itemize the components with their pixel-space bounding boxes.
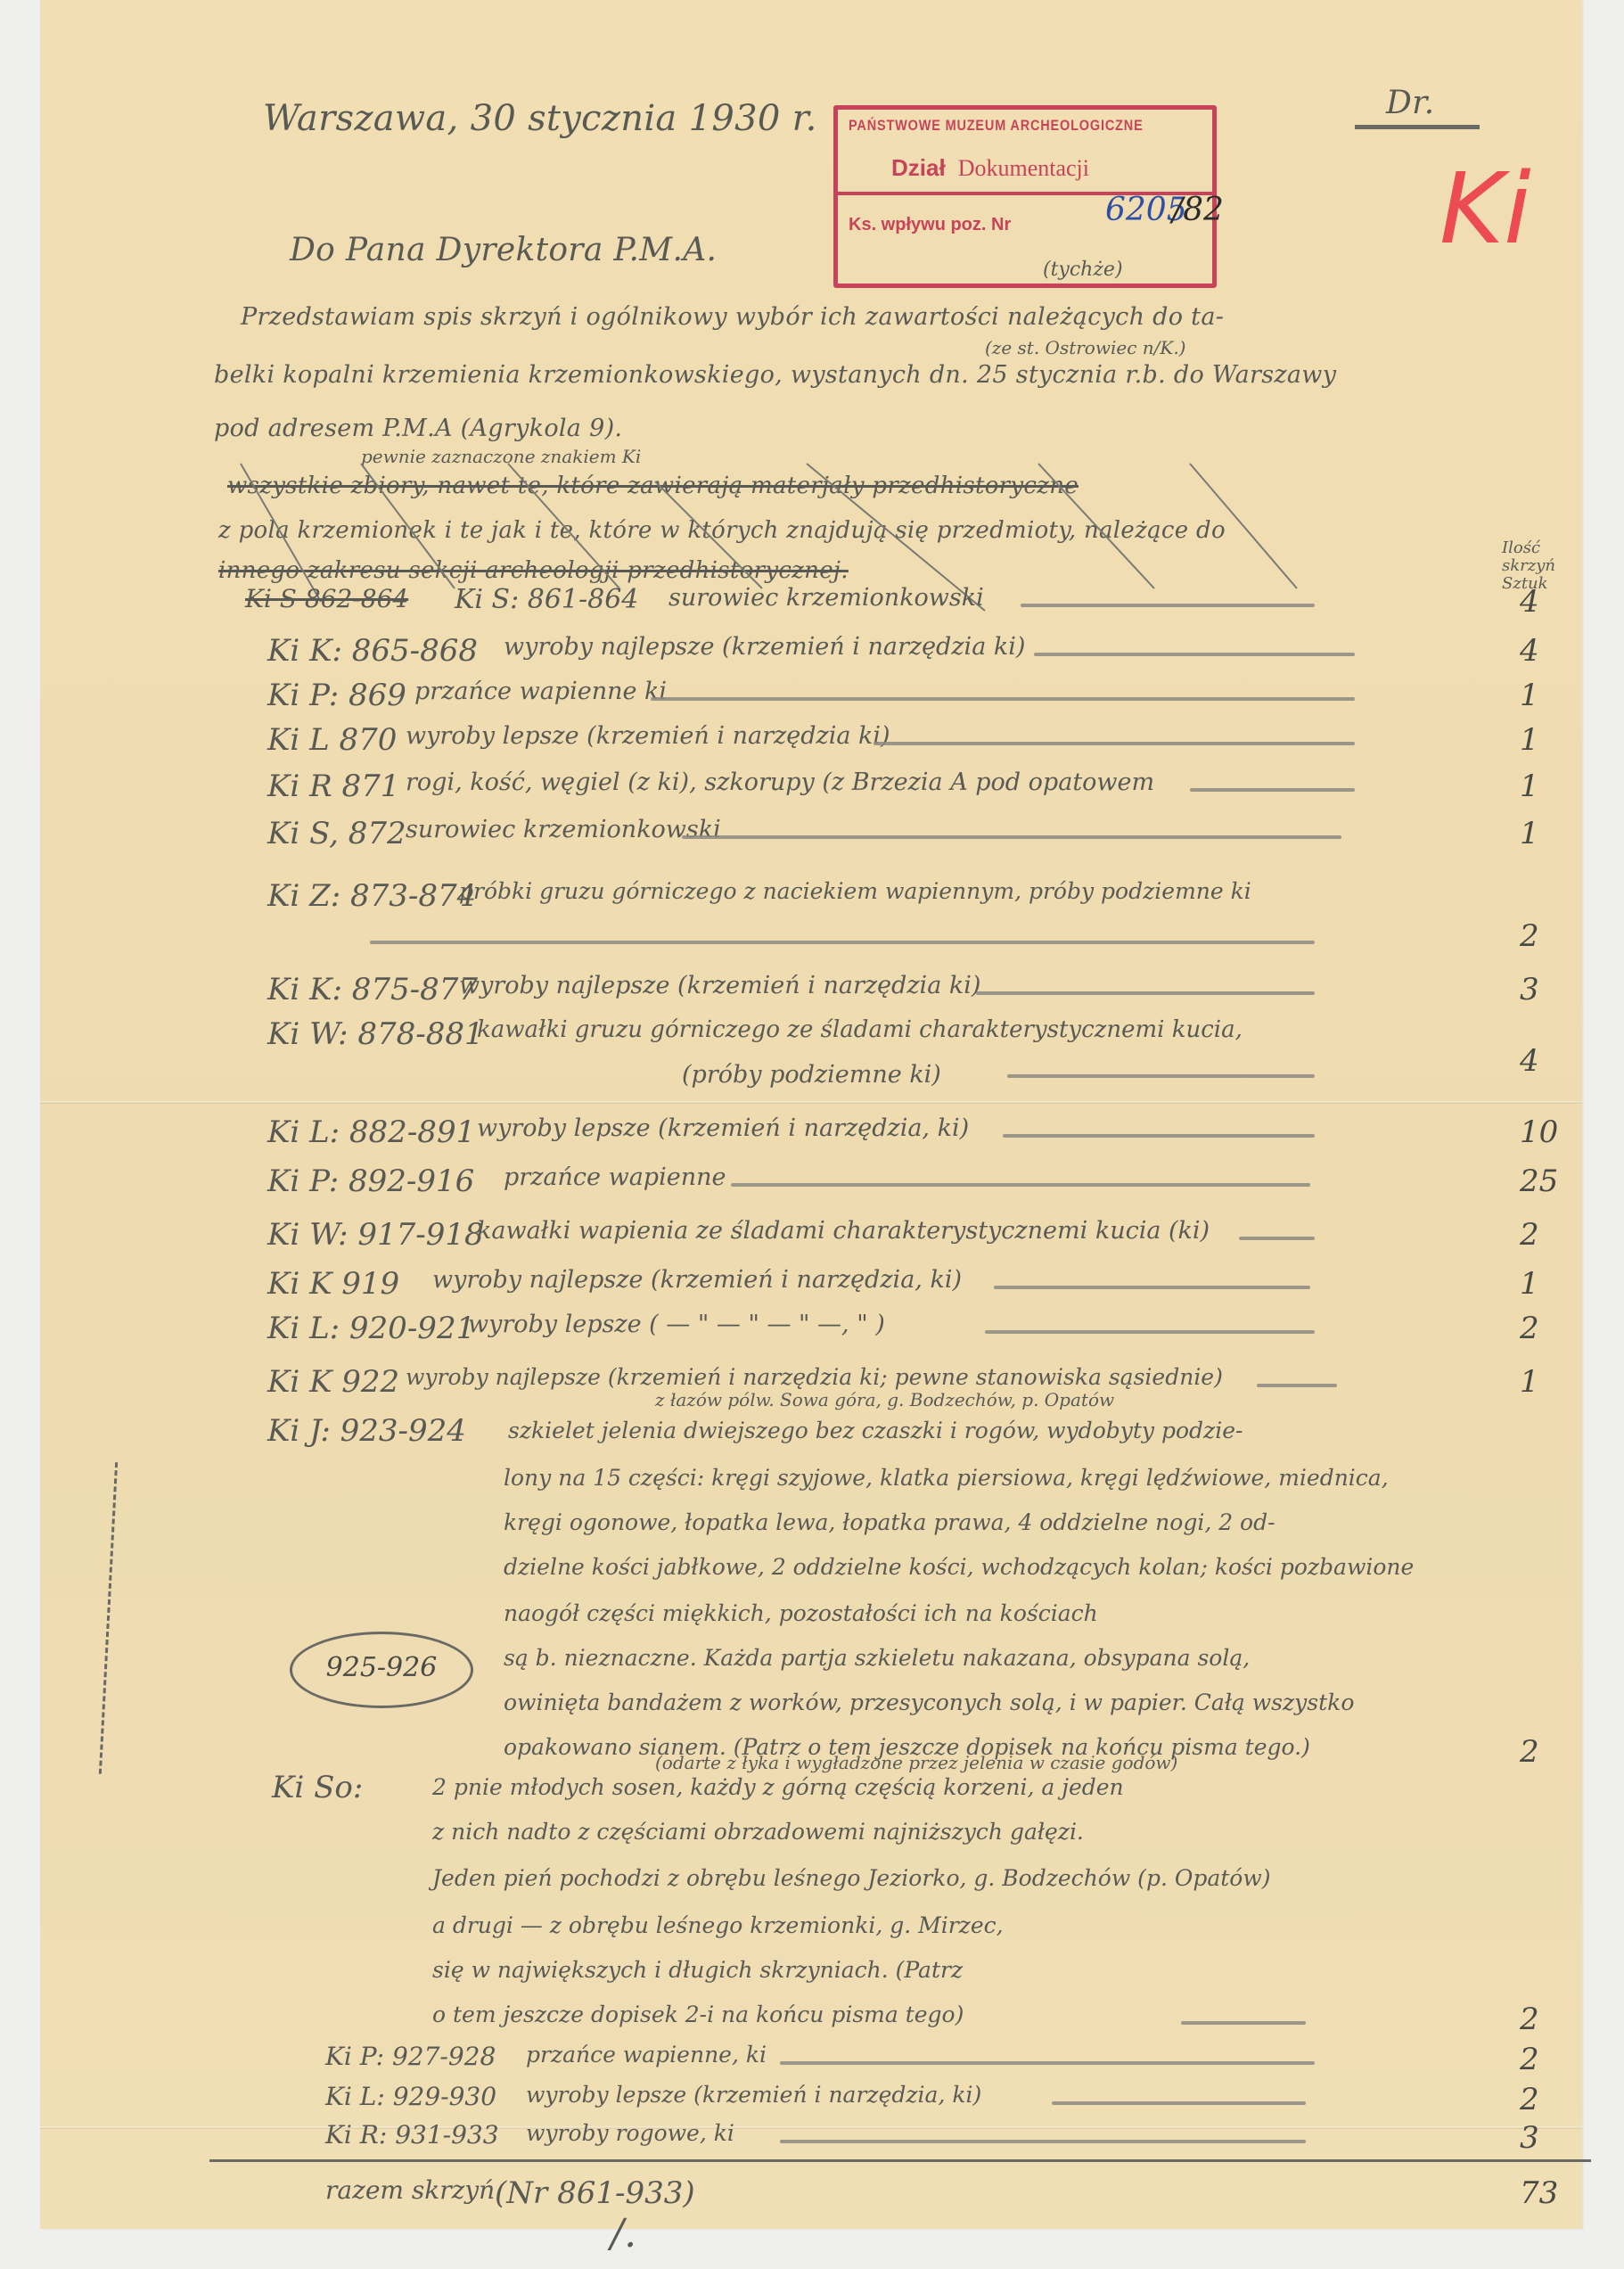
end-mark: /. <box>611 2211 636 2257</box>
place-date: Warszawa, 30 stycznia 1930 r. <box>263 98 817 139</box>
range-oval: 925-926 <box>290 1632 473 1708</box>
intro-line-3: pod adresem P.M.A (Agrykola 9). <box>214 415 622 442</box>
insert-note: z łazów pólw. Sowa góra, g. Bodzechów, p… <box>655 1389 1114 1410</box>
entry-line: 2 pnie młodych sosen, każdy z górną częś… <box>432 1774 1124 1800</box>
fold-crease <box>40 2126 1582 2129</box>
red-ki-mark: Ki <box>1439 152 1531 266</box>
entry-line: a drugi — z obrębu leśnego krzemionki, g… <box>432 1912 1004 1938</box>
entry-line: dzielne kości jabłkowe, 2 oddzielne kośc… <box>504 1554 1414 1580</box>
stamp-ledger-label: Ks. wpływu poz. Nr <box>849 215 1011 235</box>
top-right-mark: Dr. <box>1386 85 1434 121</box>
entry-line: z nich nadto z częściami obrzadowemi naj… <box>432 1819 1084 1845</box>
stamp-institution: PAŃSTWOWE MUZEUM ARCHEOLOGICZNE <box>849 117 1144 135</box>
entry-line: się w największych i długich skrzyniach.… <box>432 1957 963 1983</box>
stamp-department: DziałDokumentacji <box>891 154 1089 182</box>
entry-line: szkielet jelenia dwiejszego bez czaszki … <box>508 1418 1243 1443</box>
insert-note: (odarte z łyka i wygładzone przez jeleni… <box>655 1752 1177 1773</box>
margin-dashed-mark <box>99 1462 119 1774</box>
entry-line: kręgi ogonowe, łopatka lewa, łopatka pra… <box>504 1509 1275 1535</box>
total-rule <box>209 2159 1591 2162</box>
salutation: Do Pana Dyrektora P.M.A. <box>290 232 717 268</box>
entry-line: o tem jeszcze dopisek 2-i na końcu pisma… <box>432 2002 964 2027</box>
entry-line: Jeden pień pochodzi z obrębu leśnego Jez… <box>432 1865 1271 1891</box>
archive-stamp: PAŃSTWOWE MUZEUM ARCHEOLOGICZNE DziałDok… <box>833 105 1217 288</box>
entry-line: naogół części miękkich, pozostałości ich… <box>504 1600 1098 1626</box>
ledger-number-suffix: /82 <box>1172 192 1224 228</box>
fold-crease <box>40 1101 1582 1104</box>
entry-line: są b. nieznaczne. Każda partja szkieletu… <box>504 1645 1250 1671</box>
insert-note: (ze st. Ostrowiec n/K.) <box>985 337 1185 358</box>
insert-note: (tychże) <box>1043 259 1123 281</box>
entry-line: lony na 15 części: kręgi szyjowe, klatka… <box>504 1465 1389 1491</box>
mark-underline <box>1355 125 1480 129</box>
entry-line: owinięta bandażem z worków, przesyconych… <box>504 1689 1354 1715</box>
document-page: Warszawa, 30 stycznia 1930 r. PAŃSTWOWE … <box>40 0 1582 2229</box>
intro-line-2: belki kopalni krzemienia krzemionkowskie… <box>214 361 1336 389</box>
intro-line-1: Przedstawiam spis skrzyń i ogólnikowy wy… <box>241 303 1224 331</box>
